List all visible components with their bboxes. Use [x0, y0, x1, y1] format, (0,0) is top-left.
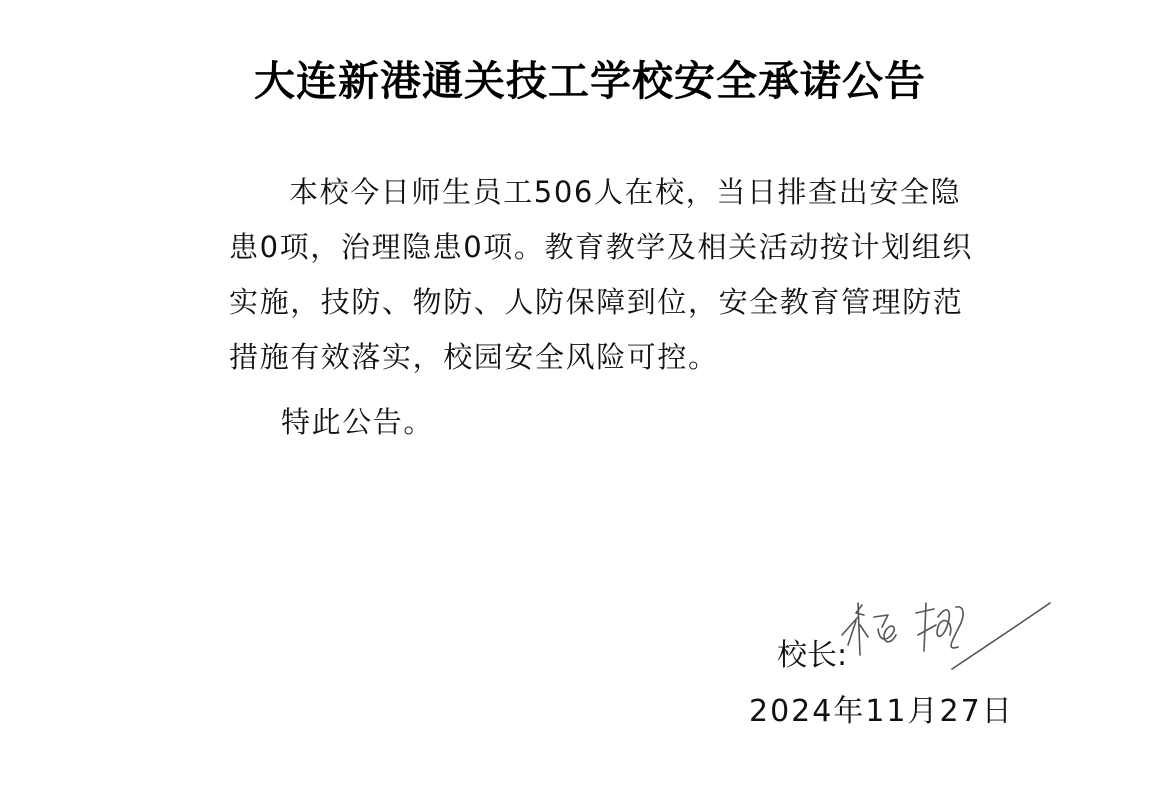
document-date: 2024年11月27日	[749, 686, 1014, 730]
closing-text: 特此公告。	[281, 395, 1041, 450]
document-title: 大连新港通关技工学校安全承诺公告	[0, 48, 1170, 107]
signature-icon	[838, 595, 1053, 675]
principal-label: 校长:	[777, 630, 847, 674]
body-paragraph: 本校今日师生员工506人在校，当日排查出安全隐患0项，治理隐患0项。教育教学及相…	[229, 165, 989, 385]
